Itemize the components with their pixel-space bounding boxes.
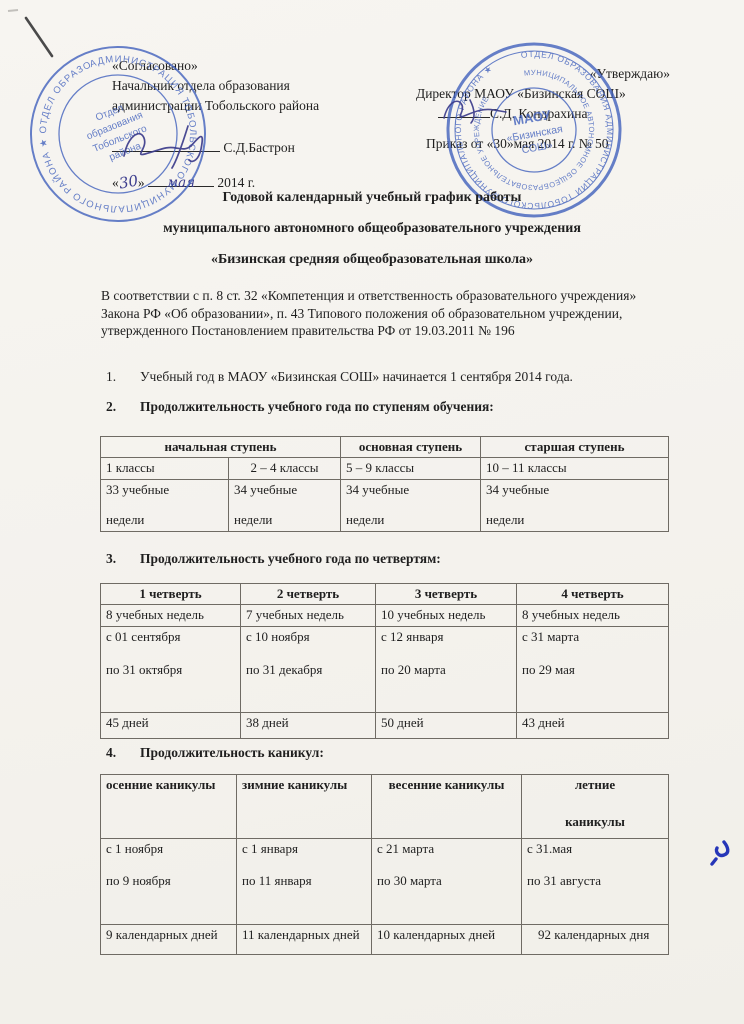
title-line-1: Годовой календарный учебный график работ…	[0, 190, 744, 206]
weeks-count: 33 учебные	[106, 482, 223, 498]
item-number: 4.	[100, 745, 140, 761]
approval-left-signature-row: С.Д.Бастрон	[112, 138, 382, 158]
table-cell: 34 учебные недели	[229, 480, 341, 532]
weeks-unit: недели	[486, 512, 663, 528]
weeks-count: 34 учебные	[234, 482, 335, 498]
table-cell: 34 учебные недели	[481, 480, 669, 532]
date-from: с 10 ноября	[246, 629, 370, 645]
table-header-cell: 2 четверть	[241, 584, 376, 605]
date-from: с 1 ноября	[106, 841, 231, 857]
table-cell: с 10 ноября по 31 декабря	[241, 627, 376, 713]
table-cell: 45 дней	[101, 713, 241, 739]
date-from: с 21 марта	[377, 841, 516, 857]
table-row: 45 дней 38 дней 50 дней 43 дней	[101, 713, 669, 739]
table-header-cell: начальная ступень	[101, 437, 341, 458]
list-item-3: 3. Продолжительность учебного года по че…	[100, 551, 672, 567]
table-cell: 7 учебных недель	[241, 605, 376, 627]
table-header-cell: летние каникулы	[522, 775, 669, 839]
date-to: по 29 мая	[522, 662, 663, 678]
table-cell: 92 календарных дня	[522, 925, 669, 955]
date-from: с 12 января	[381, 629, 511, 645]
table-cell: с 1 января по 11 января	[237, 839, 372, 925]
table-cell: с 01 сентября по 31 октября	[101, 627, 241, 713]
approval-right-role: Директор МАОУ «Бизинская СОШ»	[416, 84, 674, 104]
item-text: Продолжительность учебного года по четве…	[140, 551, 441, 567]
document-title: Годовой календарный учебный график работ…	[0, 190, 744, 283]
table-cell: 8 учебных недель	[101, 605, 241, 627]
item-number: 1.	[100, 369, 140, 385]
weeks-count: 34 учебные	[346, 482, 475, 498]
table-cell: 5 – 9 классы	[341, 458, 481, 480]
table-cell: 43 дней	[517, 713, 669, 739]
table-cell: 10 календарных дней	[372, 925, 522, 955]
date-to: по 31 августа	[527, 873, 663, 889]
table-cell: 34 учебные недели	[341, 480, 481, 532]
date-from: с 1 января	[242, 841, 366, 857]
pen-stroke-mark	[2, 4, 72, 66]
table-cell: 1 классы	[101, 458, 229, 480]
table-cell: 50 дней	[376, 713, 517, 739]
table-cell: 10 учебных недель	[376, 605, 517, 627]
table-row: 9 календарных дней 11 календарных дней 1…	[101, 925, 669, 955]
scanned-document-page: «Согласовано» Начальник отдела образован…	[0, 0, 744, 1024]
approval-right-block: «Утверждаю» Директор МАОУ «Бизинская СОШ…	[416, 64, 674, 154]
handwritten-month: мая	[148, 173, 214, 187]
item-number: 2.	[100, 399, 140, 415]
table-cell: с 31.мая по 31 августа	[522, 839, 669, 925]
item-text: Продолжительность учебного года по ступе…	[140, 399, 494, 415]
approval-right-label: «Утверждаю»	[416, 64, 674, 84]
table-cell: 9 календарных дней	[101, 925, 237, 955]
order-line: Приказ от «30»мая 2014 г. № 50	[416, 134, 674, 154]
date-to: по 31 октября	[106, 662, 235, 678]
table-header-cell: 3 четверть	[376, 584, 517, 605]
approval-left-role-line1: Начальник отдела образования	[112, 76, 382, 96]
table-header-cell: 1 четверть	[101, 584, 241, 605]
signature-line	[438, 104, 490, 118]
blue-ink-mark	[702, 838, 736, 872]
item-text: Учебный год в МАОУ «Бизинская СОШ» начин…	[140, 369, 573, 385]
table-cell: с 21 марта по 30 марта	[372, 839, 522, 925]
date-to: по 30 марта	[377, 873, 516, 889]
table-quarters: 1 четверть 2 четверть 3 четверть 4 четве…	[100, 583, 669, 739]
approval-left-label: «Согласовано»	[112, 56, 382, 76]
table-header-row: 1 четверть 2 четверть 3 четверть 4 четве…	[101, 584, 669, 605]
table-cell: 2 – 4 классы	[229, 458, 341, 480]
table-holidays: осенние каникулы зимние каникулы весенни…	[100, 774, 669, 955]
list-item-2: 2. Продолжительность учебного года по ст…	[100, 399, 672, 415]
date-from: с 31.мая	[527, 841, 663, 857]
approval-right-signature-row: С.Д. Кондрахина	[416, 104, 674, 124]
header-line: каникулы	[527, 814, 663, 830]
signature-line	[112, 138, 220, 152]
table-cell: 8 учебных недель	[517, 605, 669, 627]
approval-left-year: 2014 г.	[217, 175, 255, 190]
table-row: 8 учебных недель 7 учебных недель 10 уче…	[101, 605, 669, 627]
table-cell: 10 – 11 классы	[481, 458, 669, 480]
weeks-unit: недели	[234, 512, 335, 528]
date-to: по 31 декабря	[246, 662, 370, 678]
table-header-cell: осенние каникулы	[101, 775, 237, 839]
title-line-2: муниципального автономного общеобразоват…	[0, 221, 744, 237]
header-line: летние	[527, 777, 663, 793]
list-item-4: 4. Продолжительность каникул:	[100, 745, 672, 761]
table-header-cell: зимние каникулы	[237, 775, 372, 839]
date-to: по 9 ноября	[106, 873, 231, 889]
date-from: с 31 марта	[522, 629, 663, 645]
table-cell: 11 календарных дней	[237, 925, 372, 955]
intro-paragraph: В соответствии с п. 8 ст. 32 «Компетенци…	[101, 287, 673, 340]
table-header-cell: 4 четверть	[517, 584, 669, 605]
approval-left-role-line2: администрации Тобольского района	[112, 96, 382, 116]
weeks-unit: недели	[106, 512, 223, 528]
approval-left-block: «Согласовано» Начальник отдела образован…	[112, 56, 382, 193]
weeks-unit: недели	[346, 512, 475, 528]
approval-left-signatory-name: С.Д.Бастрон	[223, 140, 295, 155]
table-cell: с 12 января по 20 марта	[376, 627, 517, 713]
table-cell: 33 учебные недели	[101, 480, 229, 532]
weeks-count: 34 учебные	[486, 482, 663, 498]
title-line-3: «Бизинская средняя общеобразовательная ш…	[0, 252, 744, 268]
list-item-1: 1. Учебный год в МАОУ «Бизинская СОШ» на…	[100, 369, 672, 385]
table-header-row: начальная ступень основная ступень старш…	[101, 437, 669, 458]
table-row: 33 учебные недели 34 учебные недели 34 у…	[101, 480, 669, 532]
date-from: с 01 сентября	[106, 629, 235, 645]
date-to: по 11 января	[242, 873, 366, 889]
table-header-cell: старшая ступень	[481, 437, 669, 458]
table-row: с 1 ноября по 9 ноября с 1 января по 11 …	[101, 839, 669, 925]
table-cell: с 1 ноября по 9 ноября	[101, 839, 237, 925]
table-education-stages: начальная ступень основная ступень старш…	[100, 436, 669, 532]
table-cell: с 31 марта по 29 мая	[517, 627, 669, 713]
date-to: по 20 марта	[381, 662, 511, 678]
table-header-cell: основная ступень	[341, 437, 481, 458]
table-header-row: осенние каникулы зимние каникулы весенни…	[101, 775, 669, 839]
item-number: 3.	[100, 551, 140, 567]
item-text: Продолжительность каникул:	[140, 745, 324, 761]
table-row: 1 классы 2 – 4 классы 5 – 9 классы 10 – …	[101, 458, 669, 480]
table-cell: 38 дней	[241, 713, 376, 739]
table-header-cell: весенние каникулы	[372, 775, 522, 839]
approval-right-signatory-name: С.Д. Кондрахина	[490, 106, 587, 121]
table-row: с 01 сентября по 31 октября с 10 ноября …	[101, 627, 669, 713]
